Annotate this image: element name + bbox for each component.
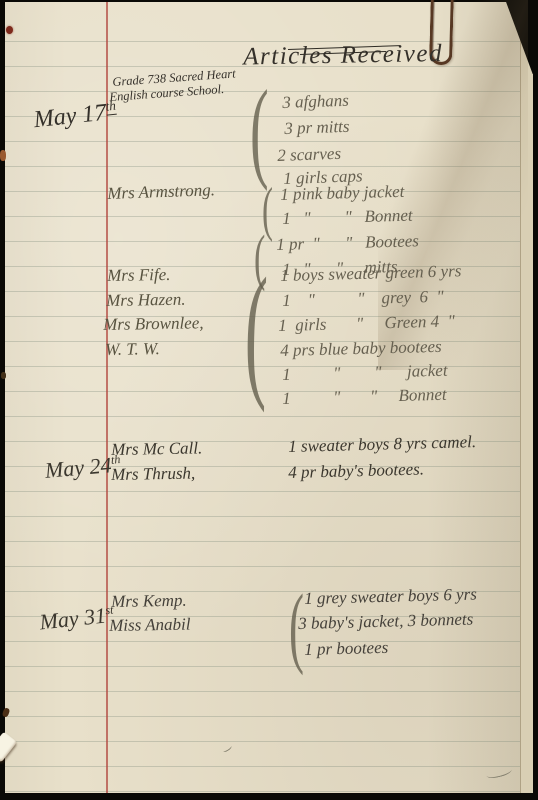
entry-date-may17: May 17th: [6, 73, 121, 163]
scanned-ledger-page: Articles Received May 17th Grade 738 Sac…: [0, 0, 538, 800]
donor-name: Mrs Fife.: [107, 266, 171, 286]
entry-date-text: May 24: [44, 452, 113, 483]
donor-name: Mrs Mc Call.: [111, 439, 202, 459]
donor-name: Mrs Brownlee,: [103, 314, 204, 334]
item-line: 3 afghans: [282, 92, 349, 113]
donor-name: Mrs Hazen.: [106, 291, 186, 311]
donor-name: W. T. W.: [105, 340, 160, 360]
item-line: 1 pink baby jacket: [280, 183, 405, 205]
edge-speck: [1, 372, 6, 379]
page-title: Articles Received: [212, 12, 444, 99]
item-line: 3 pr mitts: [284, 118, 350, 139]
donor-name: Miss Anabil: [109, 616, 191, 636]
entry-date-may24: May 24th: [20, 428, 124, 509]
donor-name: Mrs Kemp.: [111, 592, 187, 612]
entry-date-may31: May 31st: [14, 579, 118, 661]
item-line: 1 " " Bonnet: [282, 207, 413, 229]
item-line: 2 scarves: [277, 145, 341, 166]
ink-speck: [6, 26, 13, 34]
entry-date-text: May 31: [38, 603, 107, 635]
item-line: 4 pr baby's bootees.: [288, 460, 424, 482]
item-line: 1 pr bootees: [304, 639, 389, 660]
donor-name: Mrs Armstrong.: [107, 181, 215, 203]
brace-mark: (: [244, 262, 269, 399]
rust-speck: [0, 150, 6, 161]
donor-name: Mrs Thrush,: [111, 465, 195, 485]
page-title-text: Articles Received: [243, 39, 443, 69]
entry-date-text: May 17: [33, 100, 108, 133]
brace-mark: (: [250, 80, 269, 181]
item-line: 1 pr " " Bootees: [276, 232, 419, 254]
